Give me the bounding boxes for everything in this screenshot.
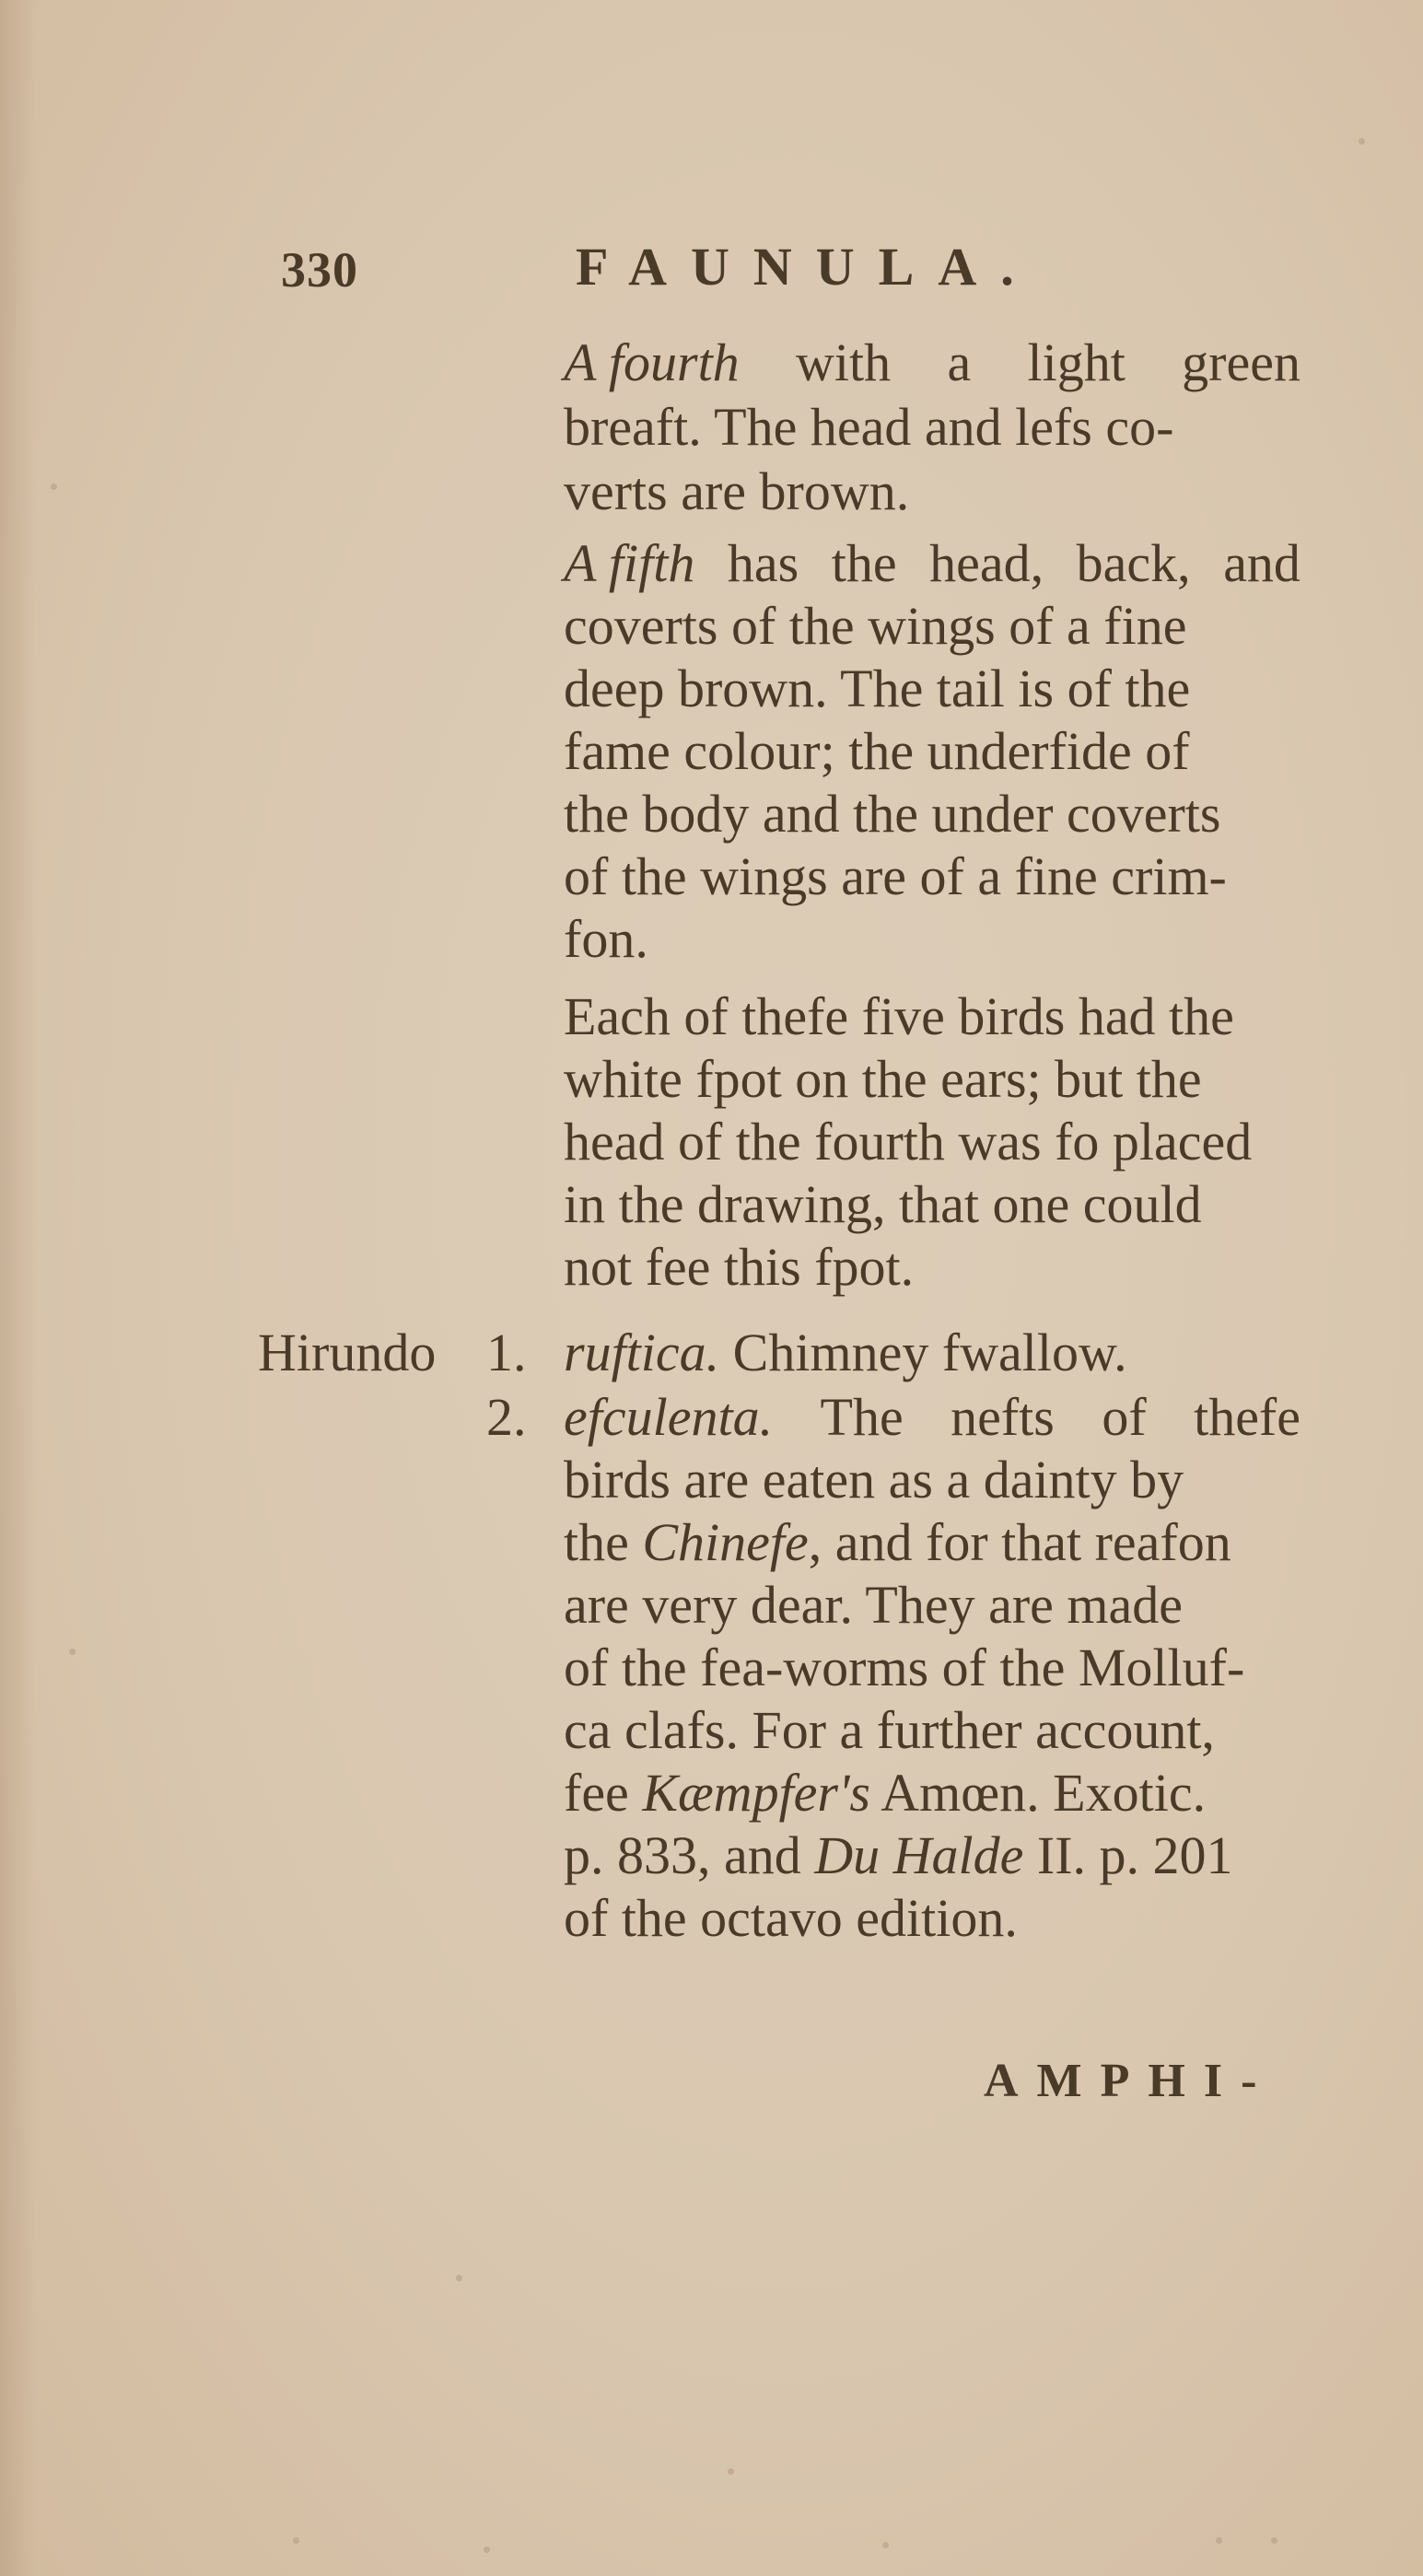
text-line: white fpot on the ears; but the bbox=[564, 1048, 1202, 1111]
text-line: of the octavo edition. bbox=[564, 1887, 1018, 1950]
text-line: birds are eaten as a dainty by bbox=[564, 1449, 1184, 1511]
common-name: Chimney fwallow. bbox=[733, 1323, 1127, 1382]
text-line: ruftica. Chimney fwallow. bbox=[564, 1322, 1127, 1384]
paper-speck bbox=[293, 2537, 299, 2544]
text-line: are very dear. They are made bbox=[564, 1574, 1183, 1637]
page-number: 330 bbox=[281, 241, 358, 298]
catchword: AMPHI- bbox=[984, 2054, 1275, 2108]
paper-speck bbox=[484, 2547, 490, 2553]
paper-speck bbox=[728, 2468, 734, 2475]
text-line: deep brown. The tail is of the bbox=[564, 658, 1190, 720]
text-line: A fourthwithalightgreen bbox=[564, 332, 1301, 394]
text-line: head of the fourth was fo placed bbox=[564, 1111, 1252, 1173]
text-line: fame colour; the underfide of bbox=[564, 720, 1190, 783]
text-line: fon. bbox=[564, 908, 648, 971]
text-line: of the fea-worms of the Molluf- bbox=[564, 1637, 1244, 1699]
text-line: the Chinefe, and for that reafon bbox=[564, 1511, 1231, 1574]
gutter-shadow bbox=[0, 0, 37, 2576]
text-line: fee Kæmpfer's Amœn. Exotic. bbox=[564, 1762, 1206, 1824]
paper-speck bbox=[1271, 2537, 1277, 2544]
species-name: efculenta. bbox=[564, 1387, 773, 1447]
text-line: verts are brown. bbox=[564, 460, 909, 523]
text-line: ca clafs. For a further account, bbox=[564, 1699, 1215, 1762]
text-line: of the wings are of a fine crim- bbox=[564, 845, 1227, 908]
paper-speck bbox=[882, 2542, 889, 2548]
text-line: the body and the under coverts bbox=[564, 783, 1221, 845]
paper-speck bbox=[51, 484, 57, 490]
text-line: Each of thefe five birds had the bbox=[564, 985, 1234, 1048]
paper-speck bbox=[69, 1649, 76, 1655]
species-name: ruftica. bbox=[564, 1323, 719, 1382]
book-page: 330 FAUNULA. A fourthwithalightgreen bre… bbox=[0, 0, 1423, 2576]
paper-speck bbox=[1359, 138, 1365, 145]
text-line: in the drawing, that one could bbox=[564, 1173, 1202, 1236]
genus-label: Hirundo bbox=[258, 1322, 436, 1383]
text-line: A fifthhasthehead,back,and bbox=[564, 532, 1301, 595]
text-line: breaft. The head and lefs co- bbox=[564, 396, 1173, 459]
paper-speck bbox=[1216, 2537, 1222, 2544]
running-head: FAUNULA. bbox=[576, 236, 1038, 297]
text-line: not fee this fpot. bbox=[564, 1236, 914, 1299]
entry-number: 2. bbox=[486, 1386, 527, 1448]
text-line: p. 833, and Du Halde II. p. 201 bbox=[564, 1824, 1233, 1887]
text-line: efculenta. Theneftsofthefe bbox=[564, 1386, 1301, 1449]
text-line: coverts of the wings of a fine bbox=[564, 595, 1186, 658]
entry-number: 1. bbox=[486, 1322, 527, 1383]
paper-speck bbox=[456, 2275, 462, 2281]
